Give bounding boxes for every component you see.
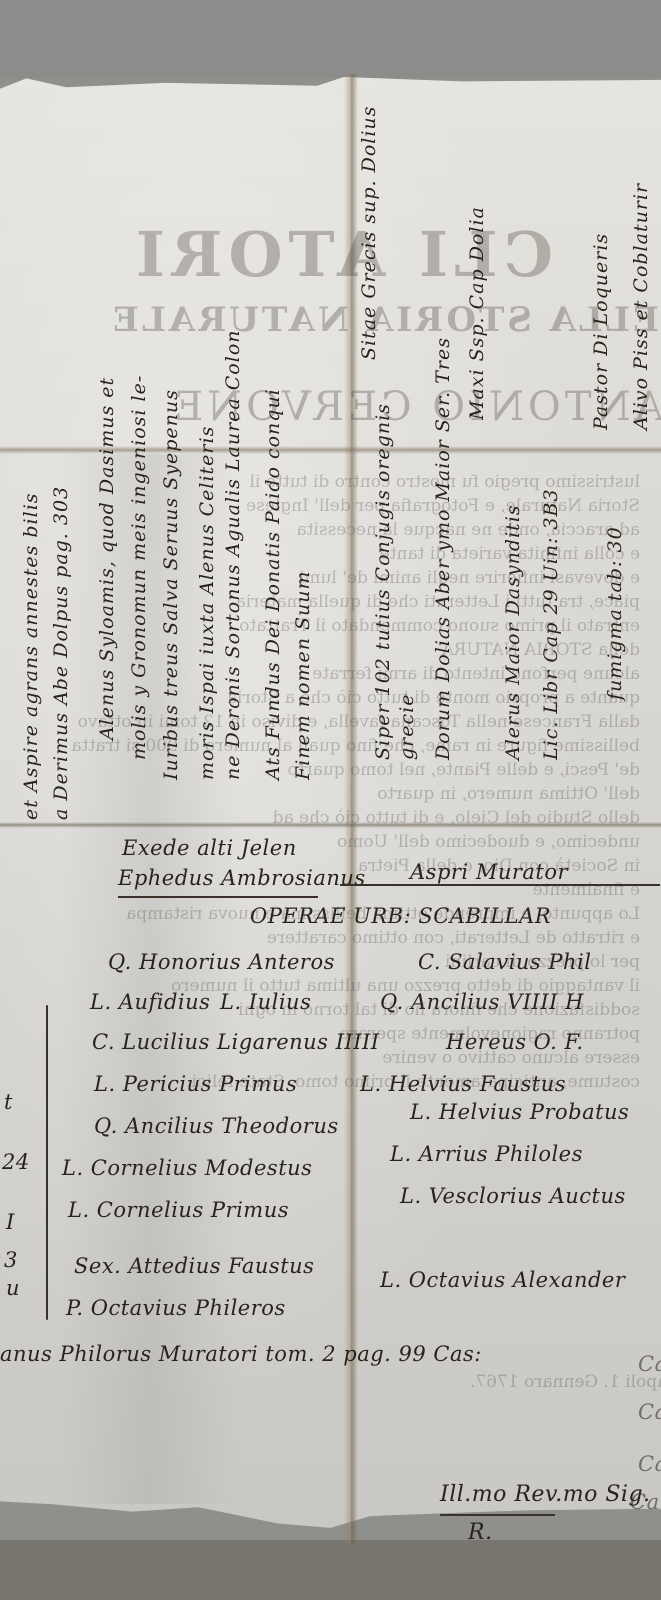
background-top <box>0 0 661 78</box>
salutation-underline <box>440 1514 555 1516</box>
handwriting-vertical-col: Ats Fundus Dei Donatis Paido conqui <box>262 388 284 780</box>
handwriting-vertical-col: Pastor Di Loqueris <box>590 233 612 430</box>
inscription-line: Hereus O. F. <box>446 1030 584 1054</box>
handwriting-vertical-col: a Derimus Abe Dolpus pag. 303 <box>50 486 72 820</box>
inscription-line: L. Helvius Faustus <box>360 1072 566 1096</box>
inscription-line: Ephedus Ambrosianus <box>118 866 366 890</box>
handwriting-vertical-col: moris Ispai iuxta Alenus Celiteris <box>196 426 218 780</box>
margin-mark: u <box>6 1276 20 1300</box>
inscription-line: P. Octavius Phileros <box>66 1296 286 1320</box>
inscription-line: Q. Ancilius Theodorus <box>94 1114 339 1138</box>
background-bottom <box>0 1540 661 1600</box>
salutation: Ill.mo Rev.mo Sig. <box>440 1482 651 1507</box>
inscription-line: Q. Honorius Anteros <box>108 950 335 974</box>
inscription-line: Q. Ancilius VIIII H <box>380 990 584 1014</box>
inscription-line: C. Salavius Phil <box>418 950 591 974</box>
handwriting-vertical-col: Alivo Piss et Coblaturir <box>630 183 652 430</box>
handwriting-vertical-col: fumigma tab: 30 <box>604 526 626 700</box>
inscription-line: C. Lucilius Ligarenus IIIII <box>92 1030 380 1054</box>
handwriting-vertical-col: et Aspire agrans annestes bilis <box>20 492 42 820</box>
handwriting-vertical-col: Sitae Grecis sup. Dolius <box>358 106 380 360</box>
handwriting-vertical-col: Alenus Syloamis, quod Dasimus et <box>96 377 118 740</box>
inscription-line: Exede alti Jelen <box>122 836 297 860</box>
inscription-line: Sex. Attedius Faustus <box>74 1254 314 1278</box>
handwriting-vertical-col: grecie <box>396 694 418 760</box>
printed-subtitle-mirrored: DELLA STORIA NATURALE <box>110 300 661 340</box>
handwriting-vertical-col: Dorum Dolias Aber ymo Maior Ser. Tres <box>432 337 454 760</box>
margin-rule <box>46 1005 48 1320</box>
inscription-line: L. Cornelius Primus <box>68 1198 289 1222</box>
printed-title-mirrored: CLI ATORI <box>130 218 553 291</box>
handwriting-vertical-col: Maxi Ssp. Cap Dolia <box>466 206 488 420</box>
edge-mark: Ca <box>630 1490 660 1514</box>
handwriting-vertical-col: Finem nomen Suum <box>292 570 314 780</box>
inscription-heading: OPERAE URB: SCABILLAR <box>250 904 551 928</box>
handwriting-vertical-col: Iuribus treus Salva Seruus Syepenus <box>160 389 182 780</box>
edge-mark: Ca <box>638 1452 661 1476</box>
inscription-line: L. Arrius Philoles <box>390 1142 583 1166</box>
margin-mark: t <box>4 1090 13 1114</box>
handwriting-vertical-col: molis y Gronomun meis ingeniosi le- <box>128 375 150 760</box>
inscription-line: L. Cornelius Modestus <box>62 1156 312 1180</box>
handwriting-vertical-col: ne Deronis Sortonus Agualis Laurea Colon <box>222 330 244 781</box>
inscription-line: L. Vesclorius Auctus <box>400 1184 626 1208</box>
inscription-line: L. Iulius <box>220 990 311 1014</box>
printed-date-mirrored: Napoli 1. Gennaro 1767. <box>470 1370 661 1394</box>
handwriting-vertical-col: Lic. Libr Cap 29 Uin: 3B3 <box>540 488 562 760</box>
inscription-line: Aspri Murator <box>410 860 568 884</box>
margin-mark: I <box>6 1210 15 1234</box>
margin-mark: 3 <box>4 1248 18 1272</box>
inscription-underline <box>340 884 660 886</box>
inscription-line: L. Aufidius <box>90 990 210 1014</box>
margin-mark: 24 <box>2 1150 30 1174</box>
handwriting-vertical-col: Alerus Maior Dasynditis <box>502 504 524 760</box>
edge-mark: Ca <box>638 1400 661 1424</box>
inscription-line: L. Pericius Primus <box>94 1072 297 1096</box>
inscription-underline <box>118 896 318 898</box>
inscription-line: L. Octavius Alexander <box>380 1268 625 1292</box>
handwriting-vertical-col: Siper 102 tutius Conjugis oregnis <box>372 403 394 760</box>
signature-initial: R. <box>468 1520 493 1545</box>
inscription-line: L. Helvius Probatus <box>410 1100 629 1124</box>
edge-mark: Ca <box>638 1352 661 1376</box>
inscription-line: anus Philorus Muratori tom. 2 pag. 99 Ca… <box>0 1342 482 1366</box>
